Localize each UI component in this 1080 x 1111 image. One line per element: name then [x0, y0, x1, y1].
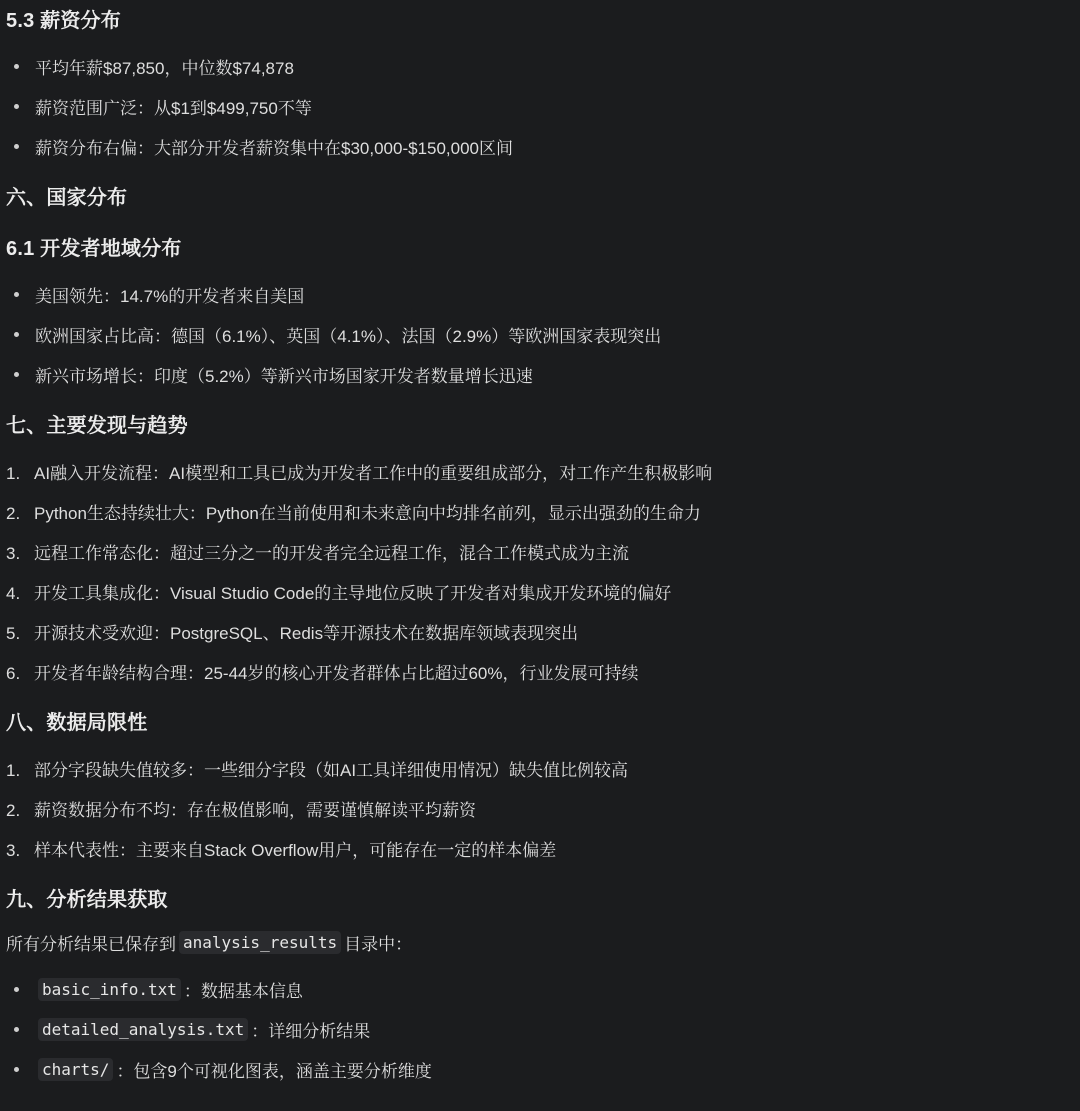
- bullet-icon: [14, 987, 19, 992]
- list-item: 薪资范围广泛：从$1到$499,750不等: [12, 94, 312, 119]
- bullet-icon: [14, 1027, 19, 1032]
- bullet-icon: [14, 332, 19, 337]
- heading-key-findings: 七、主要发现与趋势: [6, 409, 188, 438]
- ordered-item: 1.AI融入开发流程：AI模型和工具已成为开发者工作中的重要组成部分，对工作产生…: [6, 459, 712, 484]
- bullet-icon: [14, 292, 19, 297]
- file-item: detailed_analysis.txt：详细分析结果: [12, 1017, 370, 1042]
- ordered-item: 3.远程工作常态化：超过三分之一的开发者完全远程工作，混合工作模式成为主流: [6, 539, 629, 564]
- list-item: 薪资分布右偏：大部分开发者薪资集中在$30,000-$150,000区间: [12, 134, 513, 159]
- ordered-item: 2.薪资数据分布不均：存在极值影响，需要谨慎解读平均薪资: [6, 796, 476, 821]
- code-filename: basic_info.txt: [38, 978, 181, 1001]
- heading-country-distribution: 六、国家分布: [6, 181, 127, 210]
- bullet-icon: [14, 1067, 19, 1072]
- heading-results-access: 九、分析结果获取: [6, 883, 168, 912]
- bullet-icon: [14, 144, 19, 149]
- file-item: basic_info.txt：数据基本信息: [12, 977, 303, 1002]
- ordered-item: 1.部分字段缺失值较多：一些细分字段（如AI工具详细使用情况）缺失值比例较高: [6, 756, 628, 781]
- heading-developer-regions: 6.1 开发者地域分布: [6, 232, 182, 261]
- heading-data-limitations: 八、数据局限性: [6, 706, 147, 735]
- bullet-icon: [14, 372, 19, 377]
- ordered-item: 6.开发者年龄结构合理：25-44岁的核心开发者群体占比超过60%，行业发展可持…: [6, 659, 639, 684]
- bullet-icon: [14, 104, 19, 109]
- code-directory: analysis_results: [179, 931, 341, 954]
- list-item: 美国领先：14.7%的开发者来自美国: [12, 282, 304, 307]
- heading-salary-distribution: 5.3 薪资分布: [6, 4, 121, 33]
- ordered-item: 4.开发工具集成化：Visual Studio Code的主导地位反映了开发者对…: [6, 579, 671, 604]
- code-filename: charts/: [38, 1058, 113, 1081]
- file-item: charts/：包含9个可视化图表，涵盖主要分析维度: [12, 1057, 432, 1082]
- results-intro: 所有分析结果已保存到 analysis_results 目录中：: [6, 930, 412, 955]
- list-item: 欧洲国家占比高：德国（6.1%）、英国（4.1%）、法国（2.9%）等欧洲国家表…: [12, 322, 661, 347]
- ordered-item: 5.开源技术受欢迎：PostgreSQL、Redis等开源技术在数据库领域表现突…: [6, 619, 578, 644]
- bullet-icon: [14, 64, 19, 69]
- code-filename: detailed_analysis.txt: [38, 1018, 248, 1041]
- report-document: 5.3 薪资分布 平均年薪$87,850，中位数$74,878 薪资范围广泛：从…: [0, 0, 1080, 1111]
- list-item: 平均年薪$87,850，中位数$74,878: [12, 54, 294, 79]
- ordered-item: 2.Python生态持续壮大：Python在当前使用和未来意向中均排名前列，显示…: [6, 499, 701, 524]
- ordered-item: 3.样本代表性：主要来自Stack Overflow用户，可能存在一定的样本偏差: [6, 836, 556, 861]
- list-item: 新兴市场增长：印度（5.2%）等新兴市场国家开发者数量增长迅速: [12, 362, 533, 387]
